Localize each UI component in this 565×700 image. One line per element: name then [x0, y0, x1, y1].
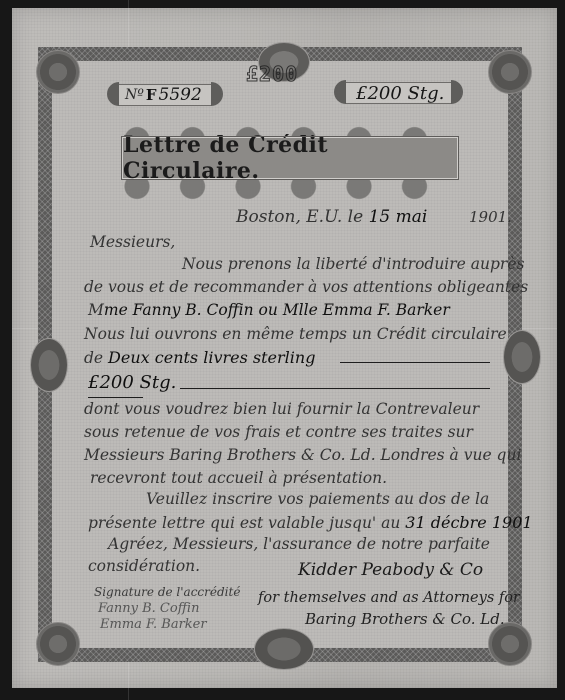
- fill-line: [180, 388, 490, 389]
- amount-words-prefix: de: [84, 349, 103, 367]
- beneficiary-line: Mme Fanny B. Coffin ou Mlle Emma F. Bark…: [88, 301, 450, 319]
- body-line-8: sous retenue de vos frais et contre ses …: [84, 423, 473, 441]
- body-line-11: Veuillez inscrire vos paiements au dos d…: [146, 490, 489, 508]
- amount-box: £200 Stg.: [345, 82, 452, 104]
- document-title: Lettre de Crédit Circulaire.: [123, 132, 457, 184]
- validity-line: présente lettre qui est valable jusqu' a…: [88, 513, 533, 532]
- body-line-2: de vous et de recommander à vos attentio…: [84, 278, 528, 296]
- body-line-14: considération.: [88, 557, 200, 575]
- side-medallion-icon: [503, 330, 541, 384]
- fill-line: [88, 397, 143, 398]
- holder-signature-1: Fanny B. Coffin: [98, 601, 199, 616]
- side-medallion-icon: [30, 338, 68, 392]
- body-line-4: Nous lui ouvrons en même temps un Crédit…: [84, 325, 507, 343]
- perforated-amount: £200: [246, 62, 298, 86]
- beneficiary-names: me Fanny B. Coffin ou Mlle Emma F. Barke…: [104, 301, 450, 319]
- issuer-signature: Kidder Peabody & Co: [298, 560, 483, 580]
- body-line-13: Agréez, Messieurs, l'assurance de notre …: [108, 535, 490, 553]
- body-line-7: dont vous voudrez bien lui fournir la Co…: [84, 400, 479, 418]
- dateline: Boston, E.U. le 15 mai: [236, 207, 427, 227]
- salutation: Messieurs,: [90, 233, 175, 251]
- bottom-medallion-icon: [254, 628, 314, 670]
- beneficiary-prefix: M: [88, 301, 104, 319]
- holder-signature-2: Emma F. Barker: [100, 617, 207, 632]
- dateline-year: 1901.: [469, 208, 512, 226]
- amount-in-words: Deux cents livres sterling: [108, 348, 315, 367]
- amount-value: £200 Stg.: [356, 83, 444, 104]
- corner-medallion-icon: [36, 50, 80, 94]
- issuer-line-2: Baring Brothers & Co. Ld.: [305, 610, 505, 628]
- corner-medallion-icon: [488, 622, 532, 666]
- number-prefix: Nº: [125, 87, 144, 103]
- number-series: F: [146, 86, 157, 104]
- corner-medallion-icon: [36, 622, 80, 666]
- dateline-date: 15 mai: [369, 207, 428, 227]
- body-line-9: Messieurs Baring Brothers & Co. Ld. Lond…: [84, 446, 521, 464]
- holder-signature-label: Signature de l'accrédité: [94, 585, 240, 599]
- body-line-1: Nous prenons la liberté d'introduire aup…: [182, 255, 524, 273]
- amount-words-line: de Deux cents livres sterling: [84, 348, 315, 367]
- issuer-line-1: for themselves and as Attorneys for: [258, 590, 520, 606]
- body-line-10: recevront tout accueil à présentation.: [90, 469, 387, 487]
- fill-line: [340, 362, 490, 363]
- dateline-place: Boston, E.U. le: [236, 207, 363, 227]
- serial-number-box: Nº F 5592: [118, 84, 212, 106]
- validity-printed: présente lettre qui est valable jusqu' a…: [88, 514, 400, 532]
- title-panel: Lettre de Crédit Circulaire.: [122, 137, 458, 179]
- amount-in-figures: £200 Stg.: [88, 372, 176, 393]
- corner-medallion-icon: [488, 50, 532, 94]
- serial-number: 5592: [159, 85, 202, 105]
- valid-until-date: 31 décbre 1901: [405, 513, 532, 532]
